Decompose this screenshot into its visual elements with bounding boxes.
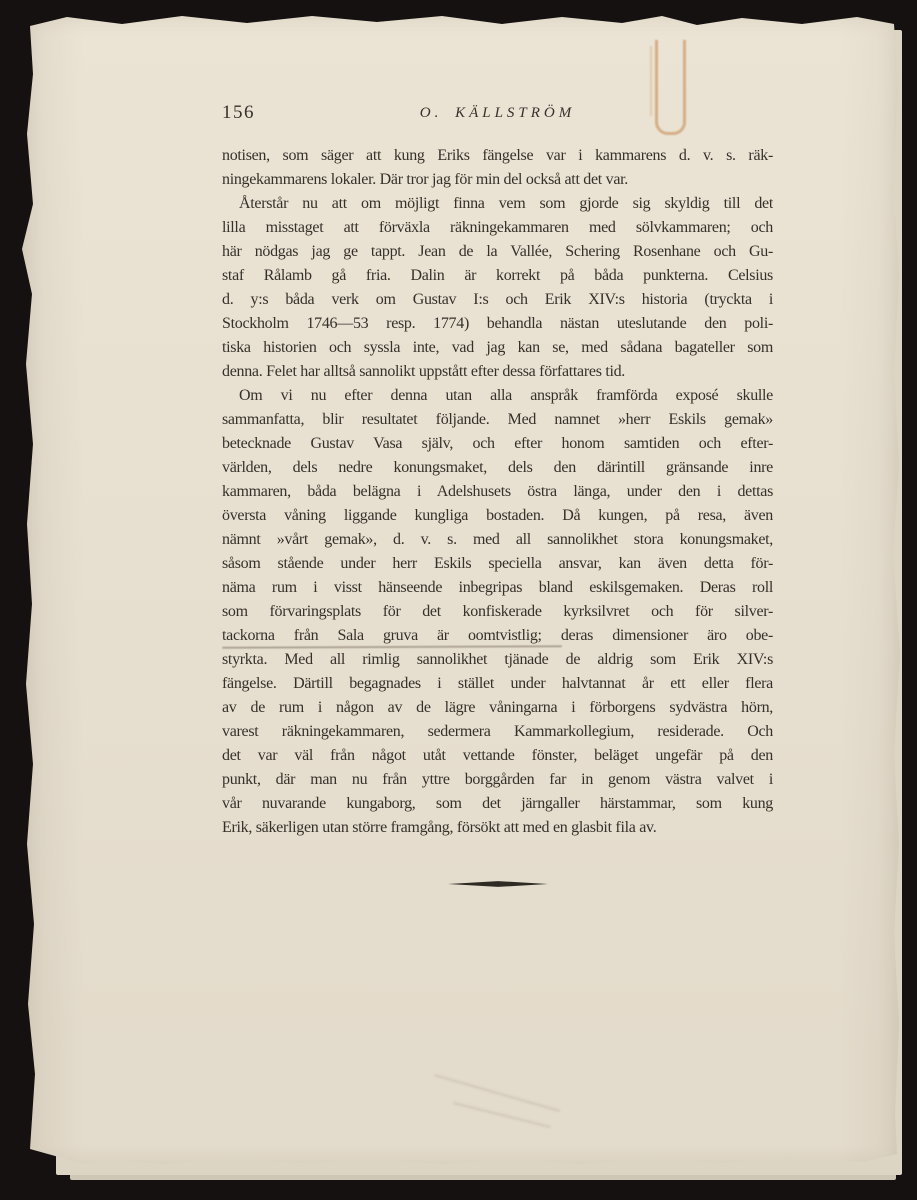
text-line: tackorna från Sala gruva är oomtvistlig;… [222, 624, 773, 648]
text-line: lilla misstaget att förväxla räkningekam… [222, 216, 773, 240]
text-line: Återstår nu att om möjligt finna vem som… [222, 192, 773, 216]
text-line: varest räkningekammaren, sedermera Kamma… [222, 720, 773, 744]
text-line: Om vi nu efter denna utan alla anspråk f… [222, 384, 773, 408]
text-line: såsom stående under herr Eskils speciell… [222, 552, 773, 576]
text-line: det var väl från något utåt vettande fön… [222, 744, 773, 768]
page-header: 156 O. KÄLLSTRÖM [222, 102, 773, 126]
text-line: staf Rålamb gå fria. Dalin är korrekt på… [222, 264, 773, 288]
text-line: d. y:s båda verk om Gustav I:s och Erik … [222, 288, 773, 312]
book-page: 156 O. KÄLLSTRÖM notisen, som säger att … [22, 14, 900, 1166]
text-line: världen, dels nedre konungsmaket, dels d… [222, 456, 773, 480]
text-line: fängelse. Därtill begagnades i stället u… [222, 672, 773, 696]
text-line: kammaren, båda belägna i Adelshusets öst… [222, 480, 773, 504]
text-line: denna. Felet har alltså sannolikt uppstå… [222, 360, 773, 384]
text-line: tiska historien och syssla inte, vad jag… [222, 336, 773, 360]
text-line: betecknade Gustav Vasa själv, och efter … [222, 432, 773, 456]
text-line: Stockholm 1746—53 resp. 1774) behandla n… [222, 312, 773, 336]
text-line: översta våning liggande kungliga bostade… [222, 504, 773, 528]
text-line: näma rum i visst hänseende inbegripas bl… [222, 576, 773, 600]
text-line: styrkta. Med all rimlig sannolikhet tjän… [222, 648, 773, 672]
scan-background: { "header": { "page_number": "156", "run… [0, 0, 917, 1200]
text-line: punkt, där man nu från yttre borggården … [222, 768, 773, 792]
section-divider [222, 880, 773, 898]
text-line: av de rum i någon av de lägre våningarna… [222, 696, 773, 720]
text-line: notisen, som säger att kung Eriks fängel… [222, 144, 773, 168]
swelled-rule-icon [448, 880, 548, 888]
text-line: här nödgas jag ge tappt. Jean de la Vall… [222, 240, 773, 264]
text-line: nämnt »vårt gemak», d. v. s. med all san… [222, 528, 773, 552]
pencil-smudge [453, 1102, 551, 1128]
text-line: ningekammarens lokaler. Där tror jag för… [222, 168, 773, 192]
text-line: Erik, säkerligen utan större framgång, f… [222, 816, 773, 840]
body-text: notisen, som säger att kung Eriks fängel… [222, 144, 773, 840]
text-line: sammanfatta, blir resultatet följande. M… [222, 408, 773, 432]
text-line: som förvaringsplats för det konfiskerade… [222, 600, 773, 624]
pencil-smudge [434, 1074, 560, 1112]
text-line: vår nuvarande kungaborg, som det järngal… [222, 792, 773, 816]
running-header: O. KÄLLSTRÖM [222, 105, 773, 122]
